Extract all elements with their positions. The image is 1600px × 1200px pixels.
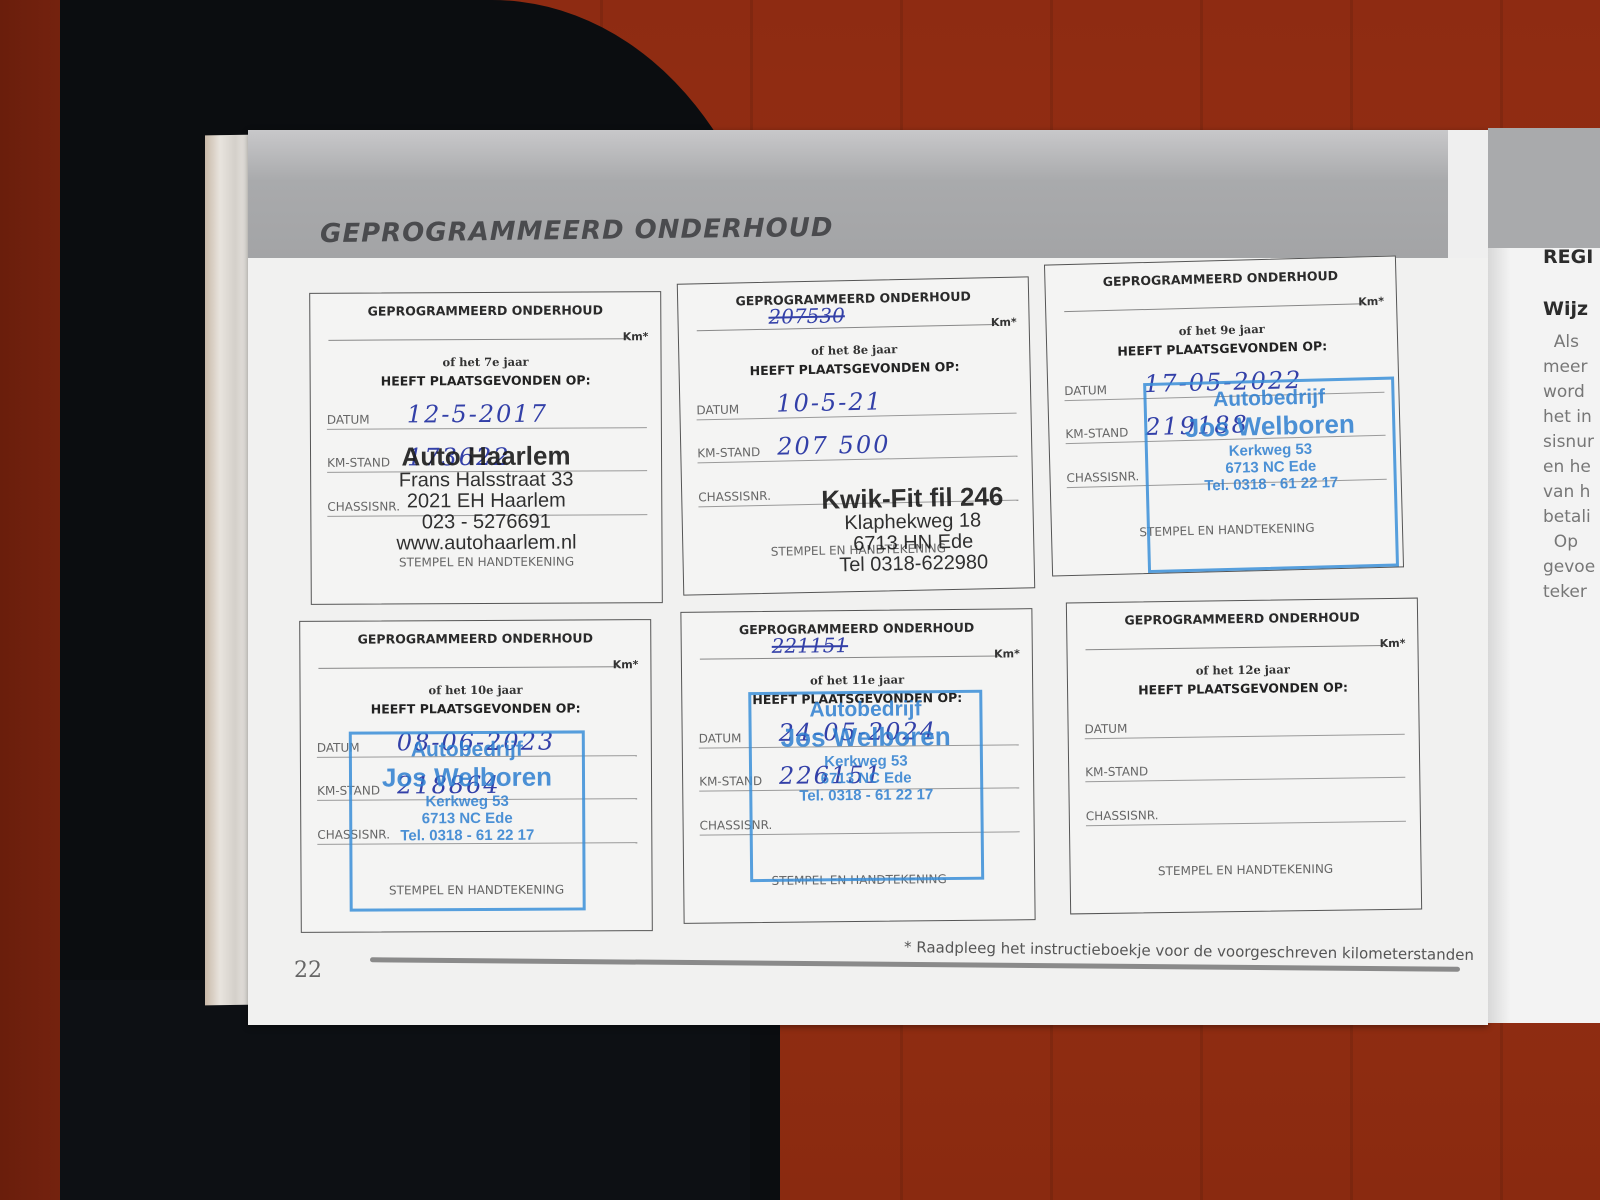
facing-subtitle: Wijz <box>1543 298 1588 320</box>
km-target-value: 221151 <box>772 633 849 658</box>
page-number: 22 <box>294 958 322 983</box>
maintenance-card: GEPROGRAMMEERD ONDERHOUDKm*of het 12e ja… <box>1066 598 1422 915</box>
km-target-line <box>318 666 618 669</box>
chassis-field-label: CHASSISNR. <box>1066 469 1142 485</box>
km-stand-field-label: KM-STAND <box>1065 425 1131 441</box>
stamp-line: www.autohaarlem.nl <box>351 533 621 555</box>
year-label: of het 12e jaar <box>1068 661 1418 680</box>
card-title: GEPROGRAMMEERD ONDERHOUD <box>1067 609 1417 629</box>
stamp-line: Tel. 0318 - 61 22 17 <box>352 826 582 844</box>
datum-field: DATUM10-5-21 <box>696 393 1016 421</box>
stamp-line: Jos Welboren <box>752 721 980 754</box>
done-label: HEEFT PLAATSGEVONDEN OP: <box>679 357 1029 379</box>
card-title: GEPROGRAMMEERD ONDERHOUD <box>300 630 650 647</box>
stamp-line: 2021 EH Haarlem <box>351 491 621 513</box>
km-label: Km* <box>991 316 1017 330</box>
signature-label: STEMPEL EN HANDTEKENING <box>312 554 662 570</box>
datum-field-label: DATUM <box>696 402 742 417</box>
km-target-line <box>700 656 1000 660</box>
km-target-value: 207530 <box>768 303 845 329</box>
maintenance-card: GEPROGRAMMEERD ONDERHOUDKm*of het 10e ja… <box>299 619 653 933</box>
done-label: HEEFT PLAATSGEVONDEN OP: <box>1068 679 1418 699</box>
header-band: GEPROGRAMMEERD ONDERHOUD <box>248 130 1448 258</box>
maintenance-card: GEPROGRAMMEERD ONDERHOUD207530Km*of het … <box>677 276 1035 595</box>
stamp-line: Autobedrijf <box>751 697 979 723</box>
stamp-line: Auto Haarlem <box>351 442 621 471</box>
km-label: Km* <box>623 330 649 343</box>
chassis-field-label: CHASSISNR. <box>1086 808 1162 823</box>
maintenance-card: GEPROGRAMMEERD ONDERHOUD221151Km*of het … <box>680 608 1035 924</box>
km-label: Km* <box>1380 637 1406 650</box>
datum-field-value: 12-5-2017 <box>407 400 548 429</box>
maintenance-card: GEPROGRAMMEERD ONDERHOUDKm*of het 9e jaa… <box>1044 255 1404 576</box>
stamp-line: Kerkweg 53 <box>352 792 582 810</box>
km-label: Km* <box>1358 295 1384 309</box>
facing-title: REGI <box>1543 246 1593 268</box>
year-label: of het 7e jaar <box>311 354 661 370</box>
km-stand-field: KM-STAND <box>1085 757 1405 782</box>
facing-text: Als meer word het in sisnur en he van h … <box>1543 330 1595 605</box>
km-label: Km* <box>613 658 639 671</box>
booklet-page: GEPROGRAMMEERD ONDERHOUD GEPROGRAMMEERD … <box>248 130 1488 1025</box>
chassis-field-label: CHASSISNR. <box>698 489 774 505</box>
stamp-line: Autobedrijf <box>352 737 582 762</box>
maintenance-card: GEPROGRAMMEERD ONDERHOUDKm*of het 7e jaa… <box>309 291 663 605</box>
datum-field-value: 10-5-21 <box>776 387 883 417</box>
card-title: GEPROGRAMMEERD ONDERHOUD <box>681 619 1031 638</box>
km-target-line <box>328 338 628 341</box>
card-title: GEPROGRAMMEERD ONDERHOUD <box>678 287 1028 309</box>
done-label: HEEFT PLAATSGEVONDEN OP: <box>301 700 651 717</box>
chassis-field: CHASSISNR. <box>1086 801 1406 826</box>
datum-field-label: DATUM <box>1064 383 1110 398</box>
datum-field-label: DATUM <box>1085 722 1131 737</box>
section-title: GEPROGRAMMEERD ONDERHOUD <box>320 213 834 249</box>
stamp-line: Kwik-Fit fil 246 <box>812 483 1013 514</box>
datum-field-label: DATUM <box>327 413 373 427</box>
datum-field: DATUM <box>1084 714 1404 739</box>
done-label: HEEFT PLAATSGEVONDEN OP: <box>311 372 661 389</box>
km-stand-field-value: 207 500 <box>777 430 891 460</box>
stamp-line: Tel 0318-622980 <box>814 552 1014 577</box>
black-garage-stamp: Auto HaarlemFrans Halsstraat 332021 EH H… <box>351 442 622 555</box>
km-label: Km* <box>994 647 1020 660</box>
km-target-line <box>697 324 997 331</box>
card-title: GEPROGRAMMEERD ONDERHOUD <box>310 302 660 319</box>
stamp-line: Tel. 0318 - 61 22 17 <box>752 786 980 805</box>
facing-page: REGI Wijz Als meer word het in sisnur en… <box>1488 128 1600 1023</box>
facing-header-band <box>1488 128 1600 248</box>
stamp-line: Jos Welboren <box>352 761 582 793</box>
km-stand-field-label: KM-STAND <box>1085 764 1151 779</box>
stamp-line: 6713 NC Ede <box>352 809 582 827</box>
km-stand-field: KM-STAND207 500 <box>697 436 1017 464</box>
card-title: GEPROGRAMMEERD ONDERHOUD <box>1045 266 1395 290</box>
blue-garage-stamp: AutobedrijfJos WelborenKerkweg 536713 NC… <box>748 690 984 882</box>
blue-garage-stamp: AutobedrijfJos WelborenKerkweg 536713 NC… <box>1143 377 1399 574</box>
black-garage-stamp: Kwik-Fit fil 246Klaphekweg 186713 HN Ede… <box>812 483 1014 577</box>
signature-label: STEMPEL EN HANDTEKENING <box>1071 861 1421 880</box>
km-target-line <box>1085 645 1385 650</box>
km-target-line <box>1064 303 1364 312</box>
stamp-line: 023 - 5276691 <box>351 512 621 534</box>
datum-field: DATUM12-5-2017 <box>327 407 647 430</box>
km-stand-field-label: KM-STAND <box>697 445 763 460</box>
stamp-line: Frans Halsstraat 33 <box>351 470 621 492</box>
year-label: of het 11e jaar <box>682 671 1032 689</box>
datum-field-label: DATUM <box>699 731 745 745</box>
year-label: of het 10e jaar <box>301 682 651 698</box>
blue-garage-stamp: AutobedrijfJos WelborenKerkweg 536713 NC… <box>349 730 586 911</box>
